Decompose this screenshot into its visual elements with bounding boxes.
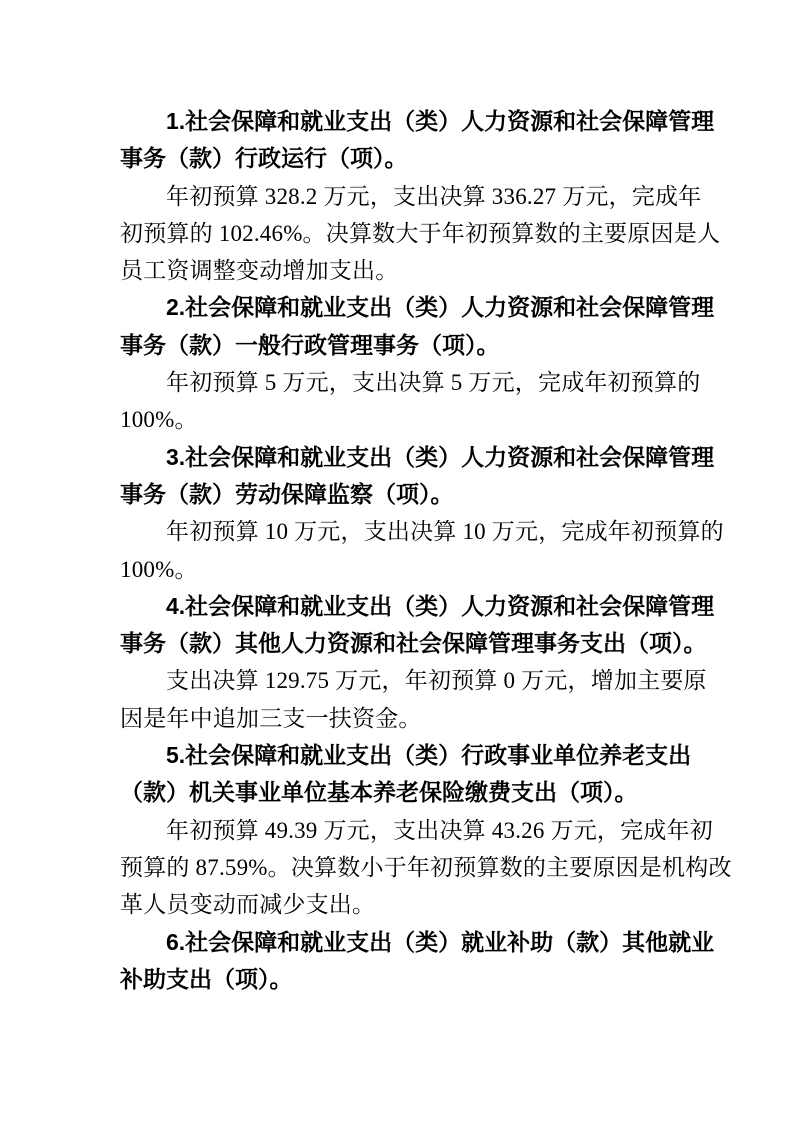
text-line: 事务（款）其他人力资源和社会保障管理事务支出（项）。	[120, 625, 686, 662]
section-3-heading: 3.社会保障和就业支出（类）人力资源和社会保障管理事务（款）劳动保障监察（项）。	[120, 439, 686, 514]
text-line: 6.社会保障和就业支出（类）就业补助（款）其他就业	[120, 924, 686, 961]
text-line: 员工资调整变动增加支出。	[120, 252, 686, 289]
text-line: 100%。	[120, 401, 686, 438]
text-line: 年初预算 5 万元，支出决算 5 万元，完成年初预算的	[120, 364, 686, 401]
text-line: 初预算的 102.46%。决算数大于年初预算数的主要原因是人	[120, 215, 686, 252]
section-6-heading: 6.社会保障和就业支出（类）就业补助（款）其他就业补助支出（项）。	[120, 924, 686, 999]
section-4-body: 支出决算 129.75 万元，年初预算 0 万元，增加主要原因是年中追加三支一扶…	[120, 662, 686, 737]
text-line: （款）机关事业单位基本养老保险缴费支出（项）。	[120, 774, 686, 811]
text-line: 100%。	[120, 551, 686, 588]
section-2-heading: 2.社会保障和就业支出（类）人力资源和社会保障管理事务（款）一般行政管理事务（项…	[120, 289, 686, 364]
text-line: 事务（款）行政运行（项）。	[120, 140, 686, 177]
section-4-heading: 4.社会保障和就业支出（类）人力资源和社会保障管理事务（款）其他人力资源和社会保…	[120, 588, 686, 663]
section-1-heading: 1.社会保障和就业支出（类）人力资源和社会保障管理事务（款）行政运行（项）。	[120, 103, 686, 178]
text-line: 4.社会保障和就业支出（类）人力资源和社会保障管理	[120, 588, 686, 625]
section-1-body: 年初预算 328.2 万元，支出决算 336.27 万元，完成年初预算的 102…	[120, 178, 686, 290]
text-line: 革人员变动而减少支出。	[120, 886, 686, 923]
text-line: 1.社会保障和就业支出（类）人力资源和社会保障管理	[120, 103, 686, 140]
text-line: 3.社会保障和就业支出（类）人力资源和社会保障管理	[120, 439, 686, 476]
section-5-heading: 5.社会保障和就业支出（类）行政事业单位养老支出（款）机关事业单位基本养老保险缴…	[120, 737, 686, 812]
text-line: 2.社会保障和就业支出（类）人力资源和社会保障管理	[120, 289, 686, 326]
text-line: 年初预算 49.39 万元，支出决算 43.26 万元，完成年初	[120, 812, 686, 849]
text-line: 年初预算 10 万元，支出决算 10 万元，完成年初预算的	[120, 513, 686, 550]
text-line: 5.社会保障和就业支出（类）行政事业单位养老支出	[120, 737, 686, 774]
text-line: 事务（款）一般行政管理事务（项）。	[120, 327, 686, 364]
section-2-body: 年初预算 5 万元，支出决算 5 万元，完成年初预算的100%。	[120, 364, 686, 439]
text-line: 因是年中追加三支一扶资金。	[120, 700, 686, 737]
document-content: 1.社会保障和就业支出（类）人力资源和社会保障管理事务（款）行政运行（项）。年初…	[120, 103, 686, 998]
section-5-body: 年初预算 49.39 万元，支出决算 43.26 万元，完成年初预算的 87.5…	[120, 812, 686, 924]
text-line: 年初预算 328.2 万元，支出决算 336.27 万元，完成年	[120, 178, 686, 215]
text-line: 预算的 87.59%。决算数小于年初预算数的主要原因是机构改	[120, 849, 686, 886]
text-line: 支出决算 129.75 万元，年初预算 0 万元，增加主要原	[120, 662, 686, 699]
section-3-body: 年初预算 10 万元，支出决算 10 万元，完成年初预算的100%。	[120, 513, 686, 588]
text-line: 补助支出（项）。	[120, 961, 686, 998]
text-line: 事务（款）劳动保障监察（项）。	[120, 476, 686, 513]
document-page: 1.社会保障和就业支出（类）人力资源和社会保障管理事务（款）行政运行（项）。年初…	[0, 0, 793, 1122]
